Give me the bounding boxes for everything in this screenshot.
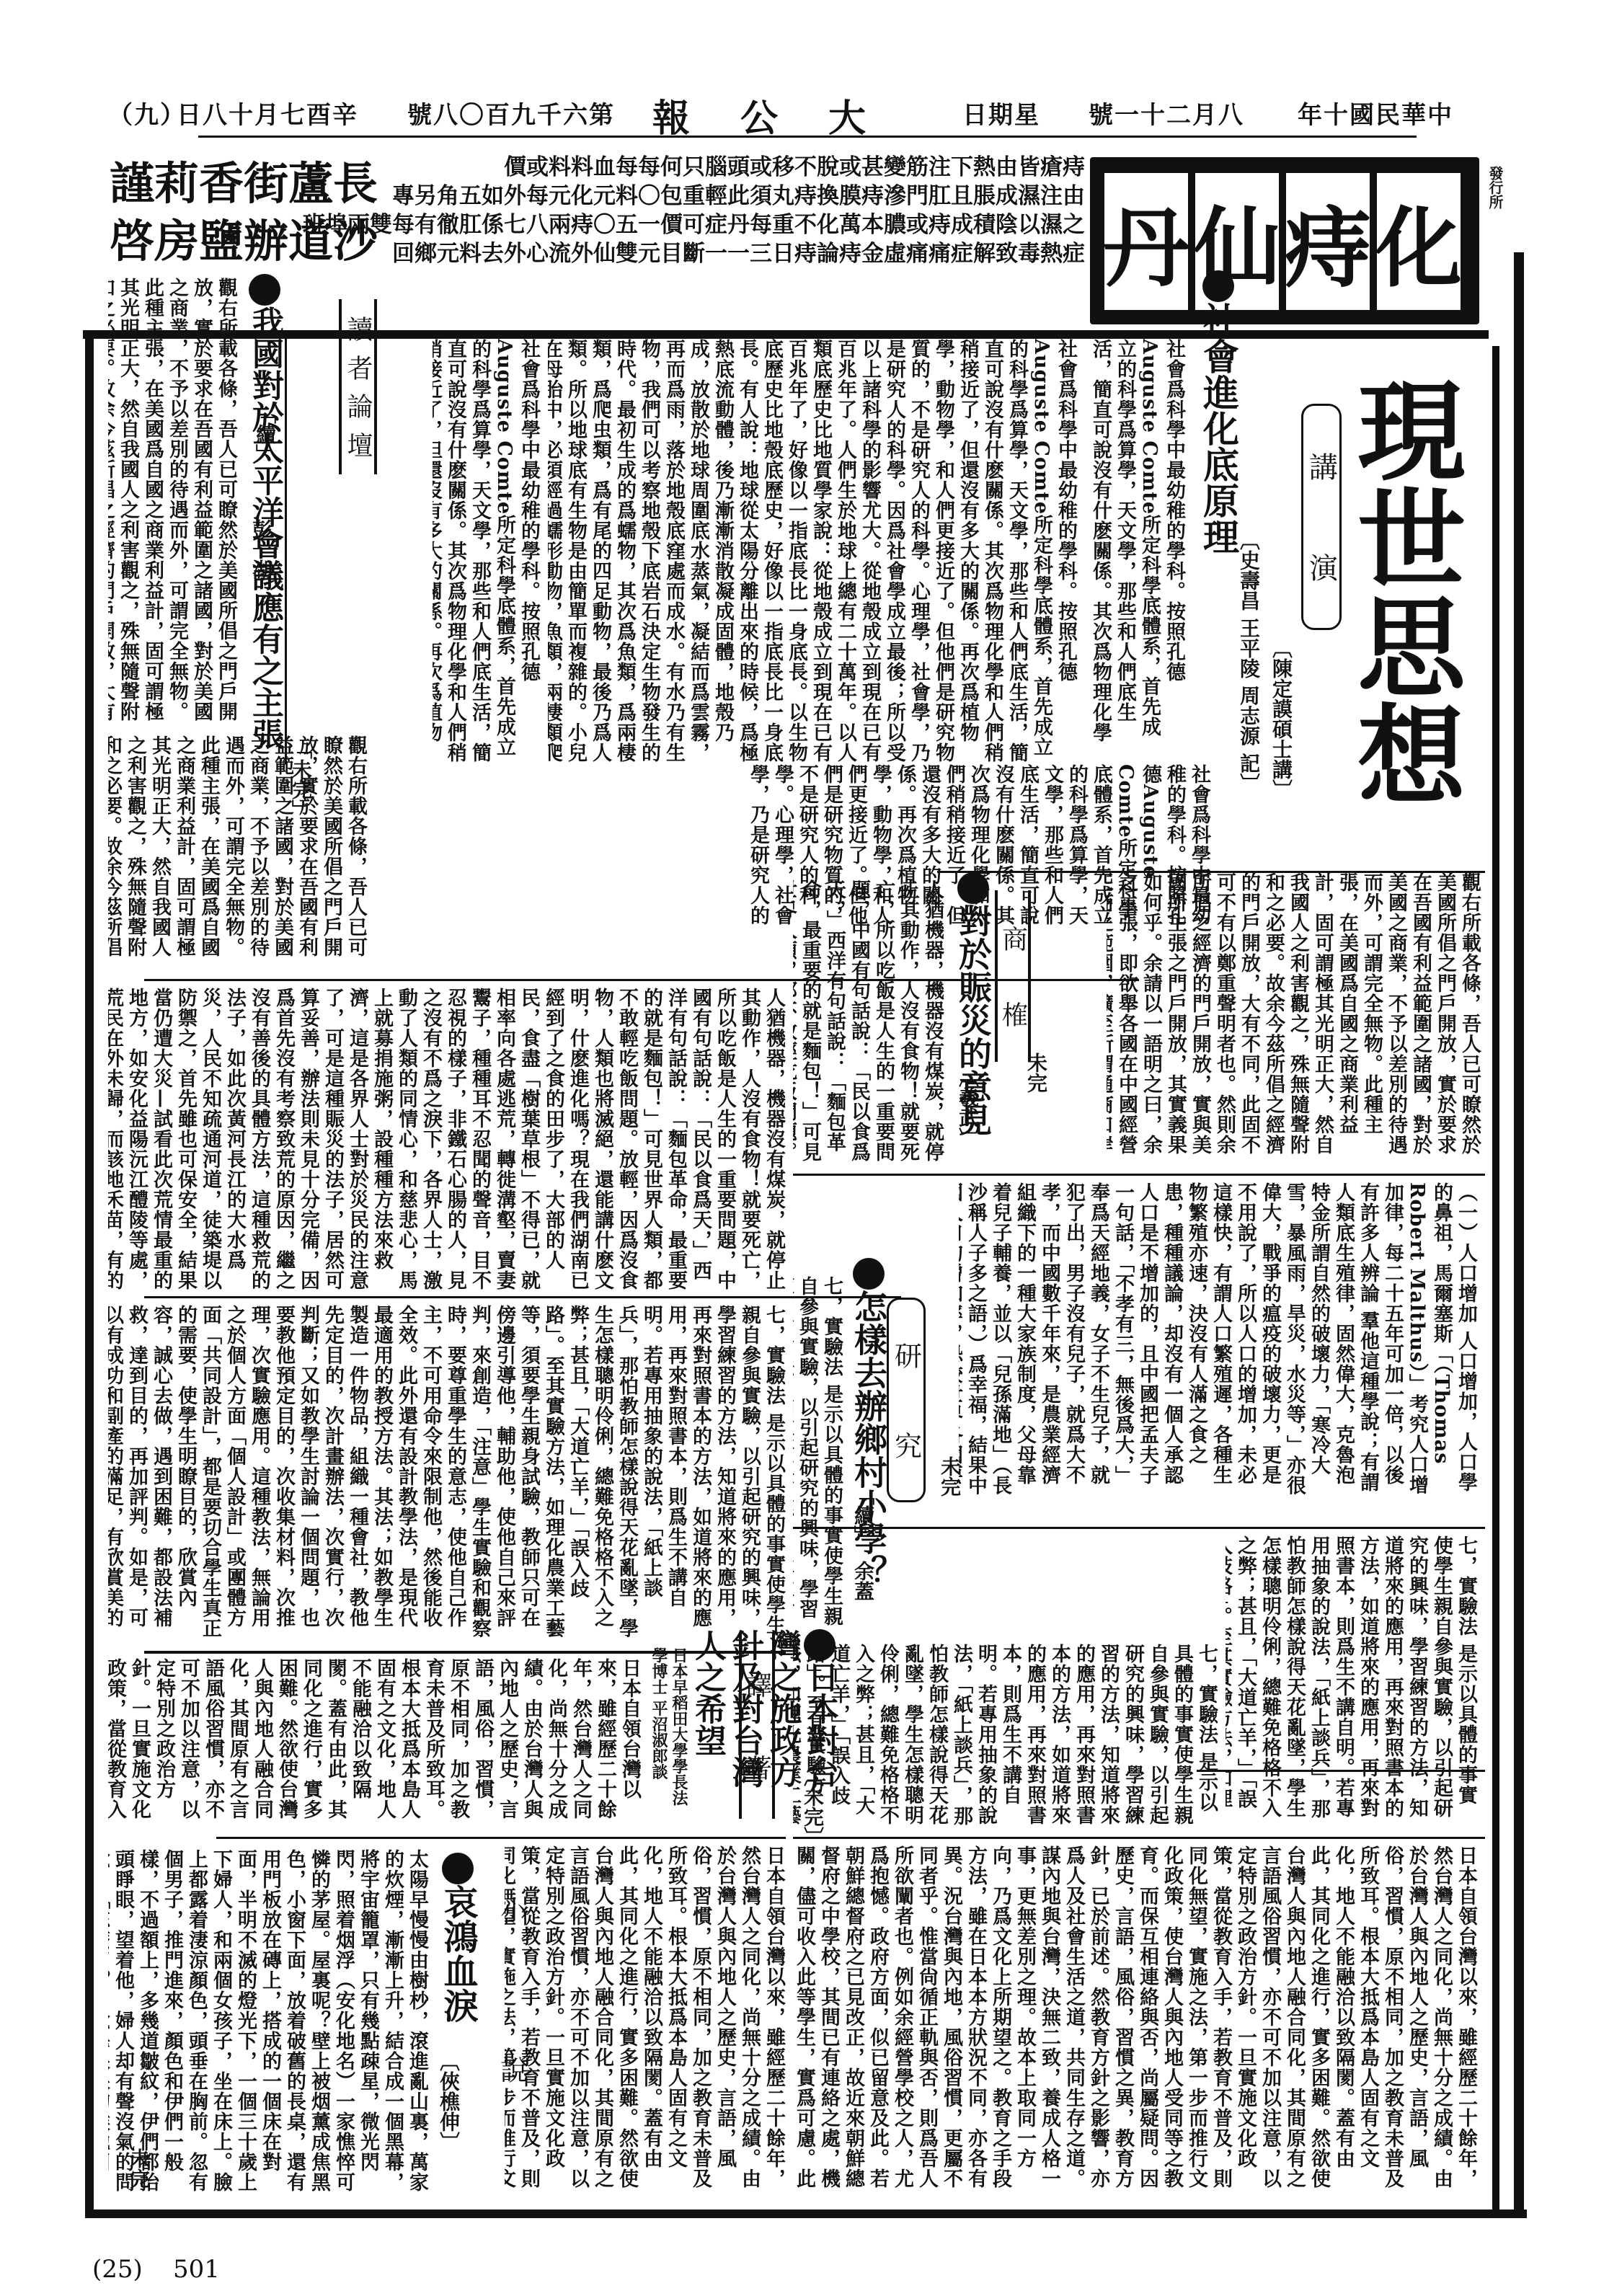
ad-copy-line-4: 症熱毒致解症痛痛虛金痔論痔日三一一斷目元雙仙外流心外去料元鄉回 xyxy=(267,239,1085,268)
readers-forum-label-2: 者 xyxy=(340,355,376,381)
readers-forum-label-3: 論 xyxy=(340,393,376,419)
modern-thought-body-upper: 社會爲科學中最幼稚的學科。按照孔德Auguste Comte所定科學底體系，首先… xyxy=(1089,339,1186,757)
readers-forum-label-1: 讀 xyxy=(340,316,376,342)
taiwan-policy-headline: 日本對台灣之施政方針及對台灣人之希望 xyxy=(688,1629,838,1817)
novel-author: 〔俠樵伸〕 xyxy=(436,2051,461,2152)
novel-label-1: 小 xyxy=(492,1896,532,1923)
readers-forum-body-continued: 觀右所載各條，吾人已可瞭然於美國所倡之門戶開放，實於要求在吾國有利益範圍之諸國，… xyxy=(1107,872,1481,1168)
village-school-continued: 「續」 xyxy=(851,1485,875,1546)
footer-page-number: (25) xyxy=(92,2255,143,2284)
masthead-page-marker: （九） xyxy=(108,95,186,130)
famine-relief-author: 〔羲武〕 xyxy=(955,1067,980,1148)
lecture-label-char-2: 演 xyxy=(1301,553,1342,582)
readers-forum-body-upper: 觀右所載各條，吾人已可瞭然於美國所倡之門戶開放，實於要求在吾國有利益範圍之諸國，… xyxy=(108,278,238,724)
ad-copy-line-2: 由注濕成脹且肛門滲痔膜換痔丸須此輕重包〇料元化元每外如五角另專 xyxy=(267,182,1085,210)
bullet-icon xyxy=(249,274,280,306)
masthead-weekday: 星期日 xyxy=(962,95,1040,130)
mid-rule-left xyxy=(144,1296,901,1298)
village-school-author: 余蓋 xyxy=(851,1561,875,1601)
population-body: （一）人口增加 人口增加，人口學的鼻祖，馬爾塞斯「（Thomas Robert … xyxy=(959,1182,1478,1499)
product-side-note: 發行所 xyxy=(1485,166,1506,209)
famine-relief-body-right: 人猶機器，機器沒有煤炭，就停止其動作，人沒有食物！就要死亡，所以吃飯是人生的一重… xyxy=(793,879,944,1168)
modern-thought-headline: 社會進化底原理 xyxy=(1197,270,1240,554)
bullet-icon xyxy=(853,1258,885,1290)
ad-band-bottom-rule xyxy=(83,330,1489,339)
population-bottom-rule xyxy=(793,1527,1485,1529)
masthead-gregorian-date: 八月二十一號 xyxy=(1089,95,1244,130)
village-school-body-b: 七，實驗法 是示以具體的事實使學生親自參與實驗，以引起研究的興味，學習練習的方法… xyxy=(108,1305,786,1644)
lower-right-top-rule-2 xyxy=(1197,1770,1485,1772)
page-bottom-rule xyxy=(85,2209,1527,2218)
product-char-1: 丹 xyxy=(1104,173,1188,310)
village-school-body-d: 七，實驗法 是示以具體的事實使學生親自參與實驗，以引起研究的興味，學習練習的方法… xyxy=(793,1644,1218,1831)
village-school-body-a: 七，實驗法 是示以具體的事實使學生親自參與實驗，以引起研究的興味，學習練習的方法… xyxy=(793,1276,843,1636)
novel-label-2: 說 xyxy=(492,2056,532,2083)
masthead-roc-date: 中華民國十年 xyxy=(1298,95,1453,130)
taiwan-policy-body-b: 日本自領台灣以來，雖經歷二十餘年，然台灣人之同化，尚無十分之成績。由於台灣人與內… xyxy=(793,1845,1478,2202)
discussion-label-1: 商 xyxy=(995,926,1032,952)
discussion-label-box: 商 榷 xyxy=(995,890,1031,1062)
right-frame-bar-inner xyxy=(1492,346,1499,2213)
discussion-label-2: 榷 xyxy=(995,1001,1032,1027)
novel-headline: 哀鴻血淚 xyxy=(436,1853,479,2023)
right-frame-bar-outer xyxy=(1514,252,1524,2213)
readers-forum-body-lower: 觀右所載各條，吾人已可瞭然於美國所倡之門戶開放，實於要求在吾國有利益範圍之諸國，… xyxy=(108,735,368,973)
footer-sheet-number: 501 xyxy=(173,2255,220,2284)
novel-body: 太陽早慢慢由樹杪，滾進亂山裏，萬家的炊煙，漸漸上升，結合成一個黑幕，將宇宙籠罩，… xyxy=(108,1849,429,2202)
village-school-body-c: 七，實驗法 是示以具體的事實使學生親自參與實驗，以引起研究的興味，學習練習的方法… xyxy=(1226,1535,1478,1824)
lecture-label-box: 講 演 xyxy=(1301,404,1342,630)
readers-forum-headline: 我國對於太平洋會議應有之主張 xyxy=(245,274,284,757)
lower-right-top-rule xyxy=(793,1837,1485,1839)
modern-thought-section-title: 現世思想 xyxy=(1341,375,1463,807)
lecture-credit: 〔陳定謨碩士講〕 xyxy=(1269,638,1293,876)
readers-forum-author: 彭一湖 xyxy=(249,519,273,580)
modern-thought-body-main: 社會爲科學中最幼稚的學科。按照孔德Auguste Comte所定科學底體系，首先… xyxy=(548,339,1078,764)
ad-copy-line-1: 痔瘡皆由熱下注筋變甚或脫不移或頭腦只何每每血料料或價 xyxy=(267,153,1085,182)
bullet-icon xyxy=(1202,270,1234,302)
novel-headline-text: 哀鴻血淚 xyxy=(438,1884,478,2023)
lecture-recorders: 〔史壽昌 王平陵 周志源 記〕 xyxy=(1236,530,1261,818)
ad-copy-line-3: 之濕以陰積成痔或膿本萬化不重每丹症可價一五〇痔兩八七係肛徹有每雙兩埠班 xyxy=(267,210,1085,239)
research-label-2: 究 xyxy=(887,1432,926,1459)
masthead-issue-number: 第六千九百〇八號 xyxy=(407,95,615,130)
modern-thought-headline-text: 社會進化底原理 xyxy=(1197,302,1240,554)
lecture-label-char-1: 講 xyxy=(1301,452,1342,481)
bullet-icon xyxy=(442,1853,474,1884)
product-char-3: 痔 xyxy=(1286,173,1370,310)
modern-thought-divider xyxy=(285,339,287,764)
novel-top-rule xyxy=(216,1837,786,1839)
taiwan-policy-body-c: 日本自領台灣以來，雖經歷二十餘年，然台灣人之同化，尚無十分之成績。由於台灣人與內… xyxy=(505,1845,786,2202)
taiwan-policy-byline: 日本早稻田大學學長法學博士 平沼淑郎談 xyxy=(649,1647,689,1820)
product-char-4: 化 xyxy=(1377,173,1461,310)
masthead-paper-name: 大公報 xyxy=(652,88,916,142)
taiwan-policy-body-a: 日本自領台灣以來，雖經歷二十餘年，然台灣人之同化，尚無十分之成績。由於台灣人與內… xyxy=(108,1658,642,1831)
population-status: 未完 xyxy=(937,1456,962,1497)
famine-relief-body-left: 人猶機器，機器沒有煤炭，就停止其動作，人沒有食物！就要死亡，所以吃飯是人生的一重… xyxy=(108,988,786,1290)
research-label-1: 研 xyxy=(887,1342,926,1369)
bullet-icon xyxy=(957,872,989,904)
bullet-icon xyxy=(804,1629,836,1661)
middle-band-top-rule xyxy=(793,1174,1485,1176)
modern-thought-body-tail: 社會爲科學中最幼稚的學科。按照孔德Auguste Comte所定科學底體系，首先… xyxy=(433,339,541,764)
research-label-box: 研 究 xyxy=(887,1298,926,1502)
readers-forum-continued: 「續」 xyxy=(252,404,277,464)
novel-status: 未完 xyxy=(126,2148,151,2189)
left-frame-bar xyxy=(85,339,94,2213)
product-name-box: 丹 仙 痔 化 xyxy=(1090,157,1479,324)
masthead-underline xyxy=(198,136,1417,138)
novel-label: 小 說 xyxy=(497,1896,526,2083)
masthead-lunar-date: 辛酉七月十八日 xyxy=(177,95,358,130)
forum-continued-top-rule xyxy=(937,871,1485,873)
readers-forum-label-4: 壇 xyxy=(340,432,376,458)
readers-forum-label-box: 讀 者 論 壇 xyxy=(339,299,377,474)
